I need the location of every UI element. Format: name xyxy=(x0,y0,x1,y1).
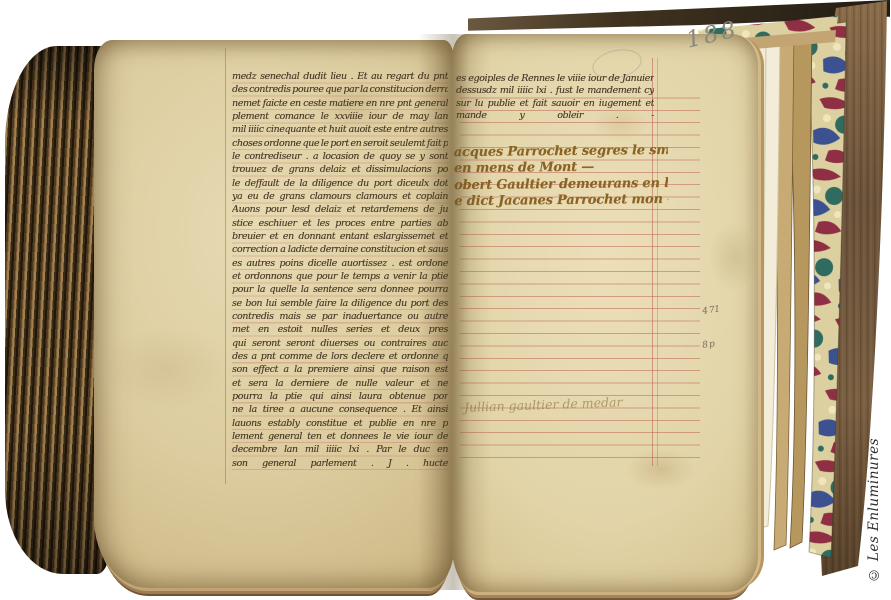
left-page-text: medz senechal dudit lieu . Et au regart … xyxy=(232,70,448,470)
text-line: son effect a la premiere ainsi que raiso… xyxy=(232,363,448,376)
text-line: mande y obleir . - xyxy=(456,110,654,122)
text-line: mil iiiic cinequante et huit auoit este … xyxy=(232,123,448,136)
text-line: decembre lan mil iiiic lxi . Par le duc … xyxy=(232,443,448,456)
text-line: et ordonnons que pour le temps a venir l… xyxy=(232,270,448,283)
text-line: pour la quelle la sentence sera donnee p… xyxy=(232,283,448,296)
text-line: pourra la ptie qui ainsi laura obtenue p… xyxy=(232,390,448,403)
text-line: trouuez de grans delaiz et dissimulacion… xyxy=(232,163,448,176)
text-line: es egoiples de Rennes le viiie iour de J… xyxy=(456,73,654,85)
text-line: correction a ladicte derraine constituci… xyxy=(232,243,448,256)
photo-credit: © Les Enluminures xyxy=(866,438,882,582)
text-line: dessusdz mil iiiic lxi . fust le mandeme… xyxy=(456,85,654,97)
text-line: e dict Jacanes Parrochet mon — xyxy=(454,192,668,211)
text-line: des contredis pouree que par la constitu… xyxy=(232,83,448,96)
text-line: des a pnt comme de lors declere et ordon… xyxy=(232,350,448,363)
text-line: lement general ten et donnees le vie iou… xyxy=(232,430,448,443)
manuscript-photo: medz senechal dudit lieu . Et au regart … xyxy=(0,0,891,600)
text-line: breuier et en donnant entant eslargissem… xyxy=(232,230,448,243)
right-page: es egoiples de Rennes le viiie iour de J… xyxy=(452,34,758,592)
text-line: plement comance le xxviiie iour de may l… xyxy=(232,110,448,123)
left-page: medz senechal dudit lieu . Et au regart … xyxy=(94,40,454,588)
text-line: ya eu de grans clamours clamours et copl… xyxy=(232,190,448,203)
text-line: et sera la derniere de nulle valeur et n… xyxy=(232,377,448,390)
right-page-top-text: es egoiples de Rennes le viiie iour de J… xyxy=(456,73,654,123)
text-line: qui seront seront diuerses ou contraires… xyxy=(232,337,448,350)
text-line: lauons estably constitue et publie en nr… xyxy=(232,417,448,430)
text-line: ne la tiree a aucune consequence . Et ai… xyxy=(232,403,448,416)
text-line: son general parlement . J . hucte xyxy=(232,457,448,470)
text-line: Auons pour lesd delaiz et retardemens de… xyxy=(232,203,448,216)
right-page-entry-text: acques Parrochet segres le sme teen mens… xyxy=(454,143,669,211)
text-line: le contrediseur . a locasion de quoy se … xyxy=(232,150,448,163)
text-line: nemet faicte en ceste matiere en nre pnt… xyxy=(232,97,448,110)
text-line: medz senechal dudit lieu . Et au regart … xyxy=(232,70,448,83)
pencil-margin-notes: 4 718 p xyxy=(702,292,742,360)
text-line: se bon lui semble faire la diligence du … xyxy=(232,297,448,310)
text-line: le deffault de la diligence du port dice… xyxy=(232,177,448,190)
text-line: met en estoit nulles series et deux pres xyxy=(232,323,448,336)
text-line: contredis mais se par inaduertance ou au… xyxy=(232,310,448,323)
text-line: sur lu publie et fait sauoir en iugement… xyxy=(456,98,654,110)
text-line: stice eschiuer et les proces entre parti… xyxy=(232,217,448,230)
text-line: acques Parrochet segres le sme te xyxy=(454,143,668,162)
text-line: choses ordonne que le port en seroit seu… xyxy=(232,137,448,150)
text-line: es autres poins dicelle auortissez . est… xyxy=(232,257,448,270)
text-line: 8 p xyxy=(700,323,744,362)
red-margin-rule xyxy=(225,48,226,484)
